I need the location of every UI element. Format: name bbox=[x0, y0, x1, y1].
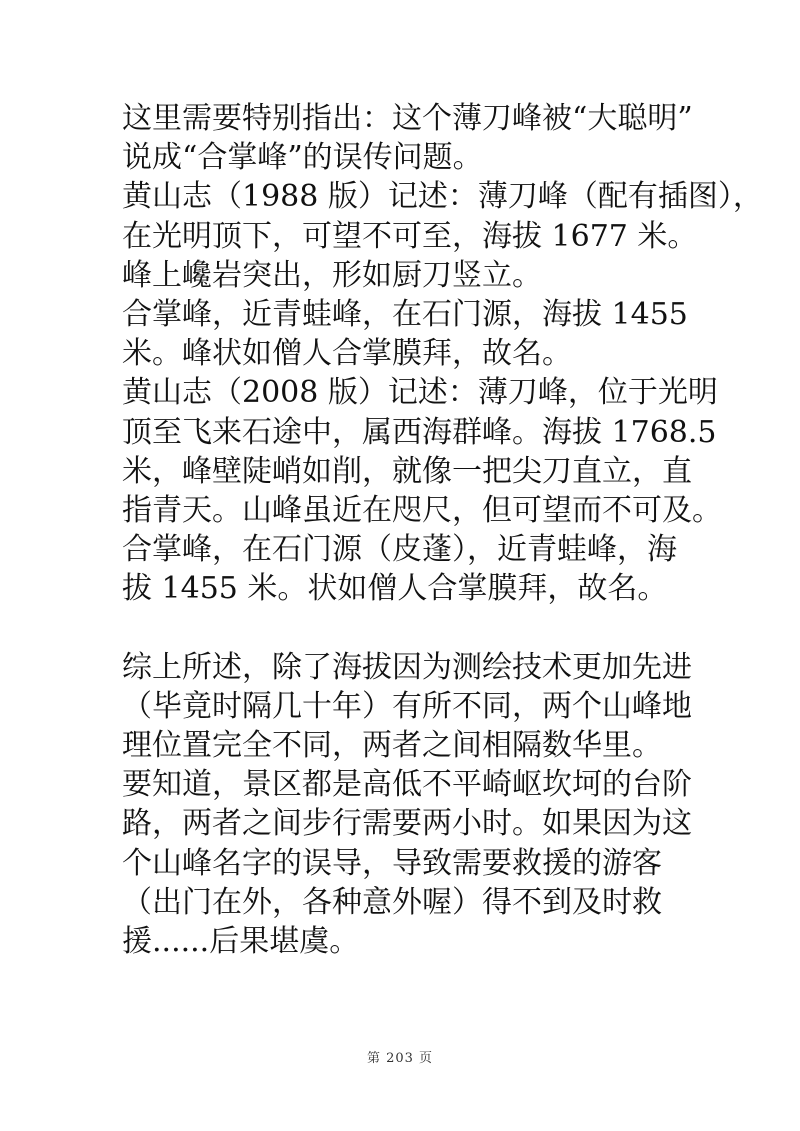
text-line: 说成“合掌峰”的误传问题。 bbox=[122, 138, 692, 177]
blank-line bbox=[122, 608, 692, 647]
text-line: 理位置完全不同，两者之间相隔数华里。 bbox=[122, 726, 692, 765]
text-line: 在光明顶下，可望不可至，海拔 1677 米。 bbox=[122, 217, 692, 256]
text-line: 合掌峰，近青蛙峰，在石门源，海拔 1455 bbox=[122, 295, 692, 334]
text-line: 合掌峰，在石门源（皮蓬），近青蛙峰，海 bbox=[122, 530, 692, 569]
text-line: 个山峰名字的误导，导致需要救援的游客 bbox=[122, 844, 692, 883]
document-page: 这里需要特别指出：这个薄刀峰被“大聪明” 说成“合掌峰”的误传问题。 黄山志（1… bbox=[0, 0, 800, 1131]
text-line: 米，峰壁陡峭如削，就像一把尖刀直立，直 bbox=[122, 452, 692, 491]
text-line: 米。峰状如僧人合掌膜拜，故名。 bbox=[122, 334, 692, 373]
text-line: 综上所述，除了海拔因为测绘技术更加先进 bbox=[122, 648, 692, 687]
text-line: （出门在外，各种意外喔）得不到及时救 bbox=[122, 883, 692, 922]
body-text: 这里需要特别指出：这个薄刀峰被“大聪明” 说成“合掌峰”的误传问题。 黄山志（1… bbox=[122, 99, 692, 961]
text-line: 黄山志（2008 版）记述：薄刀峰，位于光明 bbox=[122, 373, 692, 412]
text-line: 峰上巉岩突出，形如厨刀竖立。 bbox=[122, 256, 692, 295]
page-number: 第 203 页 bbox=[0, 1047, 800, 1066]
text-line: 援......后果堪虞。 bbox=[122, 922, 692, 961]
text-line: （毕竟时隔几十年）有所不同，两个山峰地 bbox=[122, 687, 692, 726]
text-line: 路，两者之间步行需要两小时。如果因为这 bbox=[122, 804, 692, 843]
text-line: 指青天。山峰虽近在咫尺，但可望而不可及。 bbox=[122, 491, 692, 530]
text-line: 这里需要特别指出：这个薄刀峰被“大聪明” bbox=[122, 99, 692, 138]
text-line: 黄山志（1988 版）记述：薄刀峰（配有插图）， bbox=[122, 177, 692, 216]
text-line: 要知道，景区都是高低不平崎岖坎坷的台阶 bbox=[122, 765, 692, 804]
text-line: 顶至飞来石途中，属西海群峰。海拔 1768.5 bbox=[122, 413, 692, 452]
text-line: 拔 1455 米。状如僧人合掌膜拜，故名。 bbox=[122, 569, 692, 608]
